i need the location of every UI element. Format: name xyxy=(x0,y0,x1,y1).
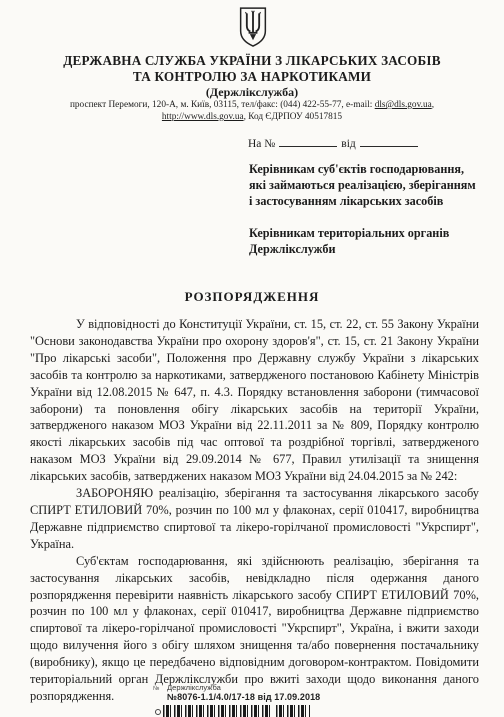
recipients-block: Керівникам суб'єктів господарювання, які… xyxy=(249,161,482,257)
org-name-line2: ТА КОНТРОЛЮ ЗА НАРКОТИКАМИ xyxy=(0,69,504,85)
org-short-name: (Держлікслужба) xyxy=(0,85,504,100)
reference-line: На №від xyxy=(248,135,418,150)
reference-vid-label: від xyxy=(341,138,355,150)
document-title: РОЗПОРЯДЖЕННЯ xyxy=(0,289,504,305)
recipient-item: Керівникам суб'єктів господарювання, які… xyxy=(249,161,482,209)
barcode-start-mark xyxy=(155,709,161,715)
barcode xyxy=(163,705,310,717)
reference-date-blank xyxy=(360,135,418,147)
body-paragraph-legal-basis: У відповідності до Конституції України, … xyxy=(30,316,479,485)
org-contact-line1: проспект Перемоги, 120-А, м. Київ, 03115… xyxy=(0,100,504,110)
stamp-org-name: Держлікслужба xyxy=(167,683,221,692)
email-link: dls@dls.gov.ua xyxy=(375,100,432,110)
barcode-segment xyxy=(163,705,271,717)
org-contact-line2: http://www.dls.gov.ua, Код ЄДРПОУ 405178… xyxy=(0,112,504,122)
contact-address-text: проспект Перемоги, 120-А, м. Київ, 03115… xyxy=(70,100,372,110)
recipient-item: Керівникам територіальних органів Держлі… xyxy=(249,225,482,257)
barcode-segment xyxy=(276,705,310,717)
body-paragraph-instructions: Суб'єктам господарювання, які здійснюють… xyxy=(30,553,479,705)
website-link: http://www.dls.gov.ua xyxy=(162,112,244,122)
edrpou-code: , Код ЄДРПОУ 40517815 xyxy=(244,112,342,122)
ukraine-trident-emblem xyxy=(238,5,268,50)
contact-line1-tail: , xyxy=(432,100,434,110)
org-name-line1: ДЕРЖАВНА СЛУЖБА УКРАЇНИ З ЛІКАРСЬКИХ ЗАС… xyxy=(0,53,504,69)
stamp-doc-number: №8076-1.1/4.0/17-18 від 17.09.2018 xyxy=(167,692,320,702)
scanned-document-page: ДЕРЖАВНА СЛУЖБА УКРАЇНИ З ЛІКАРСЬКИХ ЗАС… xyxy=(0,0,504,717)
reference-number-blank xyxy=(279,135,337,147)
document-body: У відповідності до Конституції України, … xyxy=(30,316,479,705)
reference-na-label: На № xyxy=(248,138,275,150)
body-paragraph-prohibition: ЗАБОРОНЯЮ реалізацію, зберігання та заст… xyxy=(30,485,479,553)
stamp-mark: № xyxy=(153,686,159,692)
